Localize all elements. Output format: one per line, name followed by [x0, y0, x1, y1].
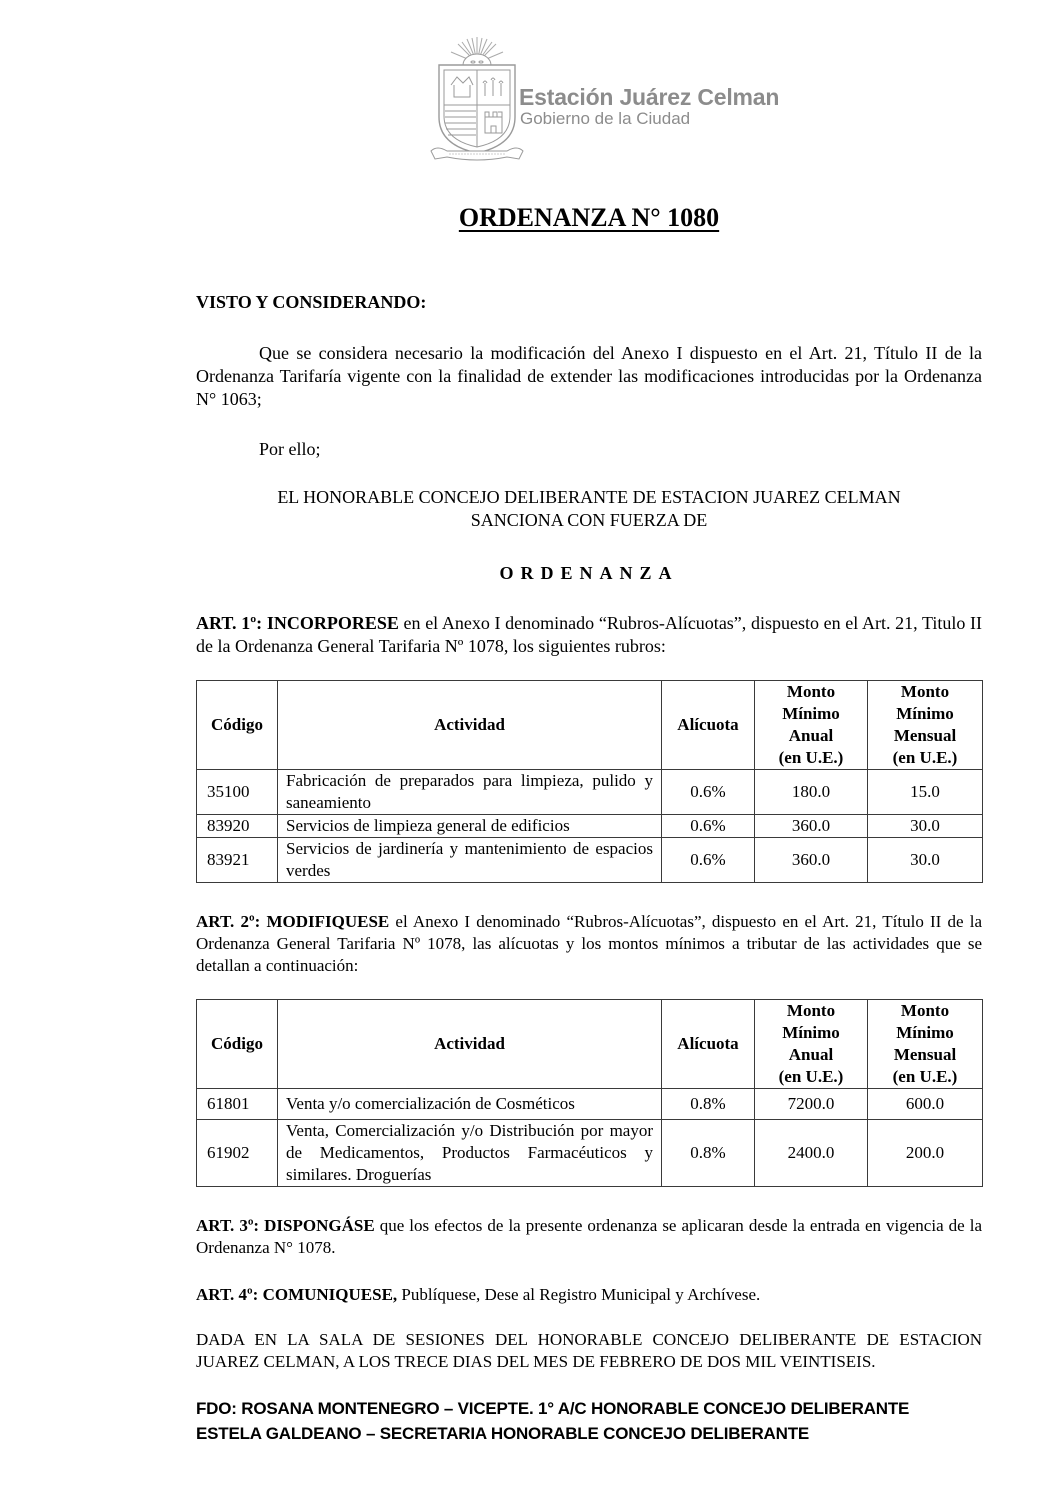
- header-text: (en U.E.): [876, 1066, 974, 1088]
- considerando-paragraph: Que se considera necesario la modificaci…: [196, 342, 982, 411]
- header-text: Mínimo: [763, 703, 859, 725]
- cell-alicuota: 0.6%: [662, 815, 755, 838]
- cell-actividad: Servicios de limpieza general de edifici…: [278, 815, 662, 838]
- header-text: Mensual: [876, 1044, 974, 1066]
- cell-anual: 360.0: [755, 815, 868, 838]
- header-monto-anual: Monto Mínimo Anual (en U.E.): [755, 1000, 868, 1089]
- ordinance-number: ORDENANZA N° 1080: [459, 203, 719, 232]
- article-1-label: ART. 1º:: [196, 613, 262, 633]
- cell-anual: 2400.0: [755, 1120, 868, 1187]
- header-codigo: Código: [197, 681, 278, 770]
- ordenanza-heading: ORDENANZA: [196, 562, 982, 585]
- visto-heading: VISTO Y CONSIDERANDO:: [196, 291, 426, 314]
- header-text: Mínimo: [876, 703, 974, 725]
- header-text: Monto: [876, 681, 974, 703]
- header-actividad: Actividad: [278, 681, 662, 770]
- cell-codigo: 61902: [197, 1120, 278, 1187]
- cell-actividad: Fabricación de preparados para limpieza,…: [278, 770, 662, 815]
- header-text: Anual: [763, 725, 859, 747]
- article-2-verb: MODIFIQUESE: [266, 912, 389, 931]
- cell-alicuota: 0.6%: [662, 770, 755, 815]
- cell-mensual: 600.0: [868, 1089, 983, 1120]
- concejo-line-1: EL HONORABLE CONCEJO DELIBERANTE DE ESTA…: [196, 486, 982, 509]
- table-row: 83920 Servicios de limpieza general de e…: [197, 815, 983, 838]
- coat-of-arms-icon: [427, 33, 527, 163]
- table-row: 61902 Venta, Comercialización y/o Distri…: [197, 1120, 983, 1187]
- cell-anual: 360.0: [755, 838, 868, 883]
- header-text: (en U.E.): [763, 1066, 859, 1088]
- cell-mensual: 15.0: [868, 770, 983, 815]
- rubros-incorporados-table: Código Actividad Alícuota Monto Mínimo A…: [196, 680, 983, 883]
- header-text: Mínimo: [763, 1022, 859, 1044]
- article-1: ART. 1º: INCORPORESE en el Anexo I denom…: [196, 612, 982, 658]
- brand-subtitle: Gobierno de la Ciudad: [520, 109, 690, 129]
- brand-name: Estación Juárez Celman: [519, 84, 779, 111]
- table-row: 61801 Venta y/o comercialización de Cosm…: [197, 1089, 983, 1120]
- article-1-verb: INCORPORESE: [267, 613, 399, 633]
- header-text: Monto: [876, 1000, 974, 1022]
- table-header-row: Código Actividad Alícuota Monto Mínimo A…: [197, 681, 983, 770]
- cell-alicuota: 0.6%: [662, 838, 755, 883]
- header-monto-anual: Monto Mínimo Anual (en U.E.): [755, 681, 868, 770]
- signature-line-1: FDO: ROSANA MONTENEGRO – VICEPTE. 1° A/C…: [196, 1399, 909, 1419]
- header-alicuota: Alícuota: [662, 681, 755, 770]
- cell-codigo: 61801: [197, 1089, 278, 1120]
- header-text: Mínimo: [876, 1022, 974, 1044]
- header-text: Mensual: [876, 725, 974, 747]
- dada-en-sala-paragraph: DADA EN LA SALA DE SESIONES DEL HONORABL…: [196, 1329, 982, 1373]
- cell-mensual: 30.0: [868, 838, 983, 883]
- cell-codigo: 83920: [197, 815, 278, 838]
- cell-actividad: Servicios de jardinería y mantenimiento …: [278, 838, 662, 883]
- table-row: 35100 Fabricación de preparados para lim…: [197, 770, 983, 815]
- article-3: ART. 3º: DISPONGÁSE que los efectos de l…: [196, 1215, 982, 1259]
- cell-actividad: Venta, Comercialización y/o Distribución…: [278, 1120, 662, 1187]
- table-header-row: Código Actividad Alícuota Monto Mínimo A…: [197, 1000, 983, 1089]
- cell-anual: 180.0: [755, 770, 868, 815]
- header-text: Monto: [763, 681, 859, 703]
- signature-line-2: ESTELA GALDEANO – SECRETARIA HONORABLE C…: [196, 1424, 809, 1444]
- article-4-label: ART. 4º:: [196, 1285, 258, 1304]
- cell-mensual: 200.0: [868, 1120, 983, 1187]
- article-2: ART. 2º: MODIFIQUESE el Anexo I denomina…: [196, 911, 982, 977]
- header-text: Anual: [763, 1044, 859, 1066]
- cell-codigo: 35100: [197, 770, 278, 815]
- article-3-label: ART. 3º:: [196, 1216, 259, 1235]
- article-4-verb: COMUNIQUESE,: [263, 1285, 398, 1304]
- header-text: Monto: [763, 1000, 859, 1022]
- header-alicuota: Alícuota: [662, 1000, 755, 1089]
- header-codigo: Código: [197, 1000, 278, 1089]
- header-monto-mensual: Monto Mínimo Mensual (en U.E.): [868, 1000, 983, 1089]
- cell-alicuota: 0.8%: [662, 1089, 755, 1120]
- concejo-line-2: SANCIONA CON FUERZA DE: [196, 509, 982, 532]
- header-actividad: Actividad: [278, 1000, 662, 1089]
- por-ello: Por ello;: [259, 438, 321, 461]
- header-text: (en U.E.): [763, 747, 859, 769]
- table-row: 83921 Servicios de jardinería y mantenim…: [197, 838, 983, 883]
- concejo-sanciona: EL HONORABLE CONCEJO DELIBERANTE DE ESTA…: [196, 486, 982, 532]
- article-3-verb: DISPONGÁSE: [264, 1216, 375, 1235]
- cell-actividad: Venta y/o comercialización de Cosméticos: [278, 1089, 662, 1120]
- cell-codigo: 83921: [197, 838, 278, 883]
- article-4-text: Publíquese, Dese al Registro Municipal y…: [397, 1285, 760, 1304]
- header-monto-mensual: Monto Mínimo Mensual (en U.E.): [868, 681, 983, 770]
- header-text: (en U.E.): [876, 747, 974, 769]
- rubros-modificados-table: Código Actividad Alícuota Monto Mínimo A…: [196, 999, 983, 1187]
- page-title: ORDENANZA N° 1080: [0, 203, 1058, 233]
- article-4: ART. 4º: COMUNIQUESE, Publíquese, Dese a…: [196, 1284, 982, 1306]
- cell-alicuota: 0.8%: [662, 1120, 755, 1187]
- cell-mensual: 30.0: [868, 815, 983, 838]
- article-2-label: ART. 2º:: [196, 912, 260, 931]
- cell-anual: 7200.0: [755, 1089, 868, 1120]
